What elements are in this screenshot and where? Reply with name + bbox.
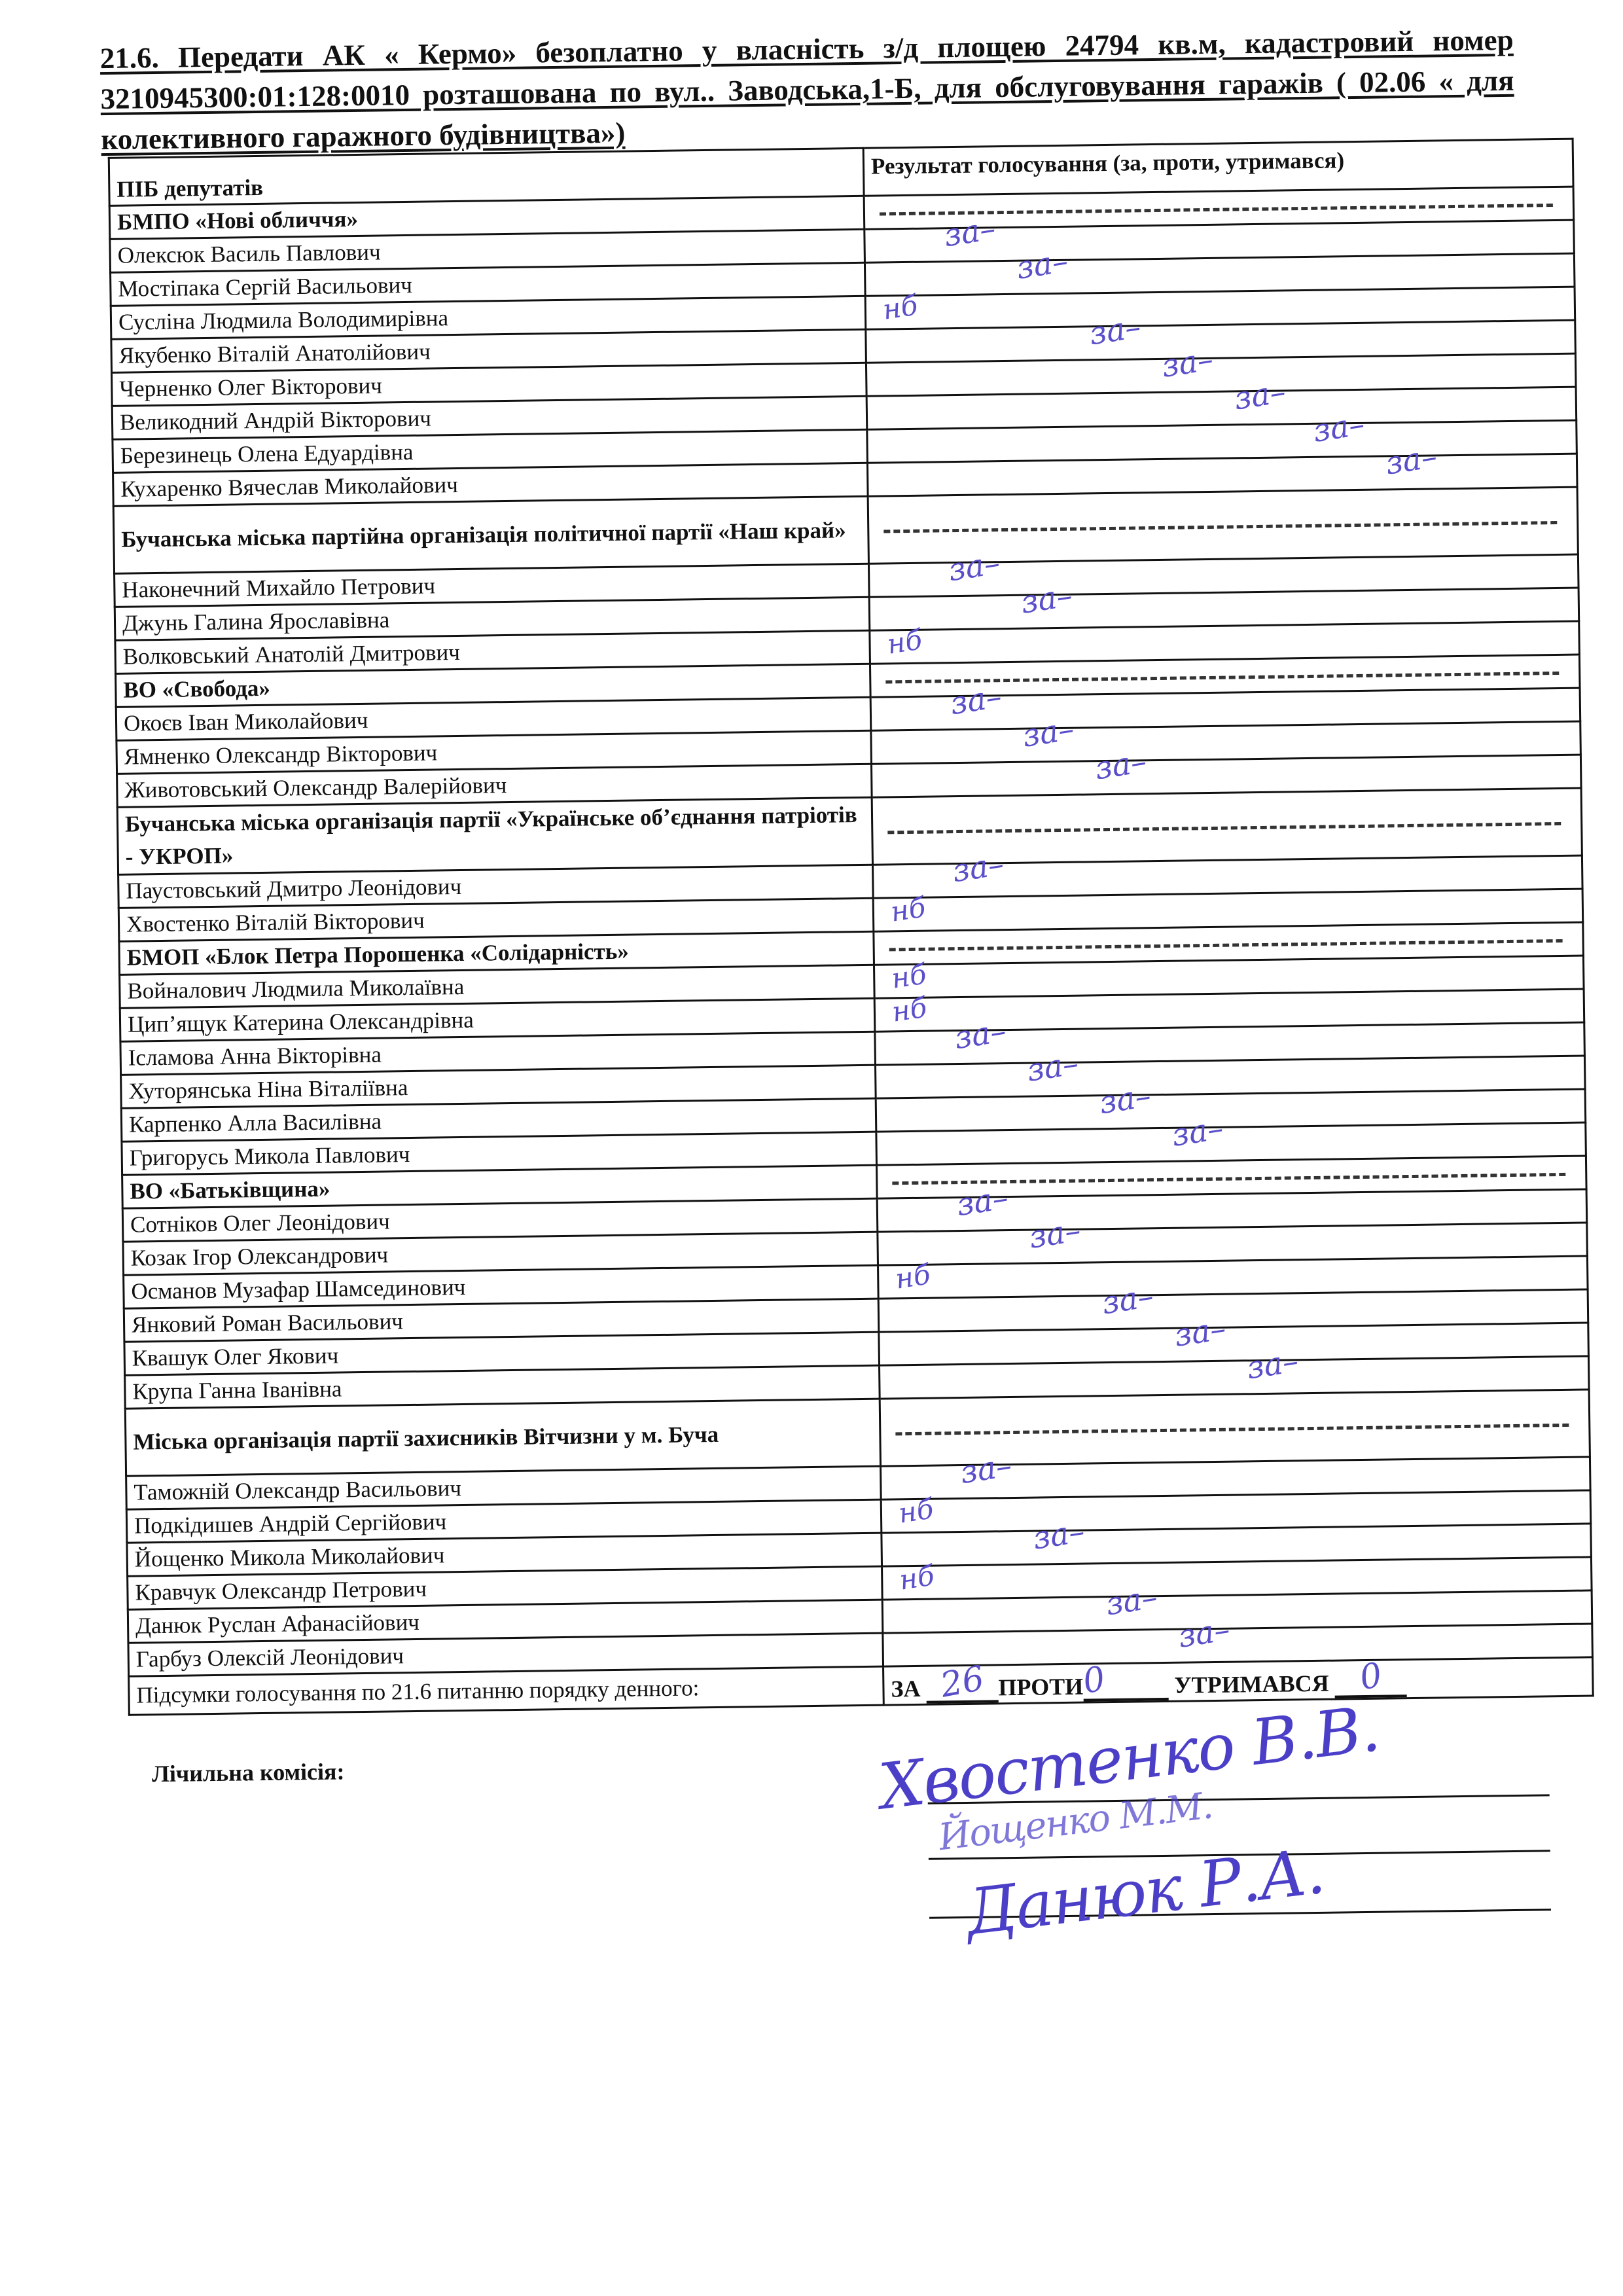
vote-for-mark: за– [1020, 713, 1076, 751]
vote-for-mark: за– [1093, 746, 1149, 783]
dashed-line [883, 521, 1557, 533]
vote-for-mark: за– [1031, 1516, 1086, 1553]
signature-3: Данюк Р.А. [962, 1835, 1328, 1950]
vote-for-mark: за– [1383, 441, 1439, 478]
absent-mark: нб [881, 290, 920, 325]
abstain-count: 0 [1357, 1660, 1384, 1693]
absent-mark: нб [897, 1494, 936, 1529]
vote-for-mark: за– [1019, 580, 1075, 617]
vote-for-mark: за– [1232, 376, 1288, 414]
vote-for-mark: за– [1172, 1314, 1228, 1351]
vote-for-mark: за– [946, 548, 1002, 585]
agenda-item-title-text: 21.6. Передати АК « Кермо» безоплатно у … [99, 24, 1514, 156]
vote-for-mark: за– [1100, 1281, 1156, 1318]
vote-for-mark: за– [952, 1016, 1008, 1053]
against-count: 0 [1080, 1663, 1107, 1696]
vote-for-mark: за– [1097, 1081, 1153, 1118]
vote-for-mark: за– [1014, 246, 1070, 283]
vote-for-mark: за– [1245, 1346, 1300, 1383]
dashed-line [889, 939, 1563, 951]
agenda-item-title: 21.6. Передати АК « Кермо» безоплатно у … [99, 20, 1514, 160]
vote-for-mark: за– [950, 849, 1006, 886]
counting-commission-label: Лічильна комісія: [152, 1757, 345, 1787]
vote-for-mark: за– [958, 1450, 1014, 1488]
vote-for-mark: за– [955, 1183, 1010, 1220]
against-label: ПРОТИ [998, 1673, 1083, 1700]
absent-mark: нб [889, 892, 928, 927]
party-name: Міська організація партії захисників Віт… [125, 1399, 880, 1476]
for-label: ЗА [891, 1675, 921, 1702]
absent-mark: нб [885, 624, 924, 660]
col-header-result: Результат голосування (за, проти, утрима… [863, 139, 1573, 196]
vote-for-mark: за– [1104, 1582, 1160, 1619]
vote-for-mark: за– [1311, 409, 1366, 446]
against-count-field: 0 [1083, 1664, 1169, 1701]
party-name: Бучанська міська організація партії «Укр… [117, 797, 872, 874]
voting-table: ПІБ депутатів Результат голосування (за,… [108, 138, 1594, 1716]
vote-for-mark: за– [1169, 1113, 1225, 1151]
dashed-line [895, 1424, 1569, 1435]
absent-mark: нб [897, 1560, 936, 1596]
vote-for-mark: за– [1087, 312, 1143, 349]
absent-mark: нб [890, 992, 929, 1028]
absent-mark: нб [893, 1259, 933, 1295]
for-count-field: 26 [926, 1666, 999, 1703]
vote-for-mark: за– [1176, 1614, 1232, 1651]
dashed-line [887, 822, 1561, 834]
vote-for-mark: за– [1025, 1048, 1080, 1085]
document-page: 21.6. Передати АК « Кермо» безоплатно у … [0, 0, 1623, 2296]
vote-for-mark: за– [948, 681, 1004, 719]
vote-for-mark: за– [1160, 344, 1215, 382]
vote-for-mark: за– [1027, 1215, 1082, 1252]
abstain-label: УТРИМАВСЯ [1174, 1670, 1329, 1698]
party-name: Бучанська міська партійна організація по… [113, 496, 868, 573]
vote-for-mark: за– [942, 213, 997, 251]
absent-mark: нб [889, 959, 929, 994]
for-count: 26 [938, 1663, 987, 1701]
